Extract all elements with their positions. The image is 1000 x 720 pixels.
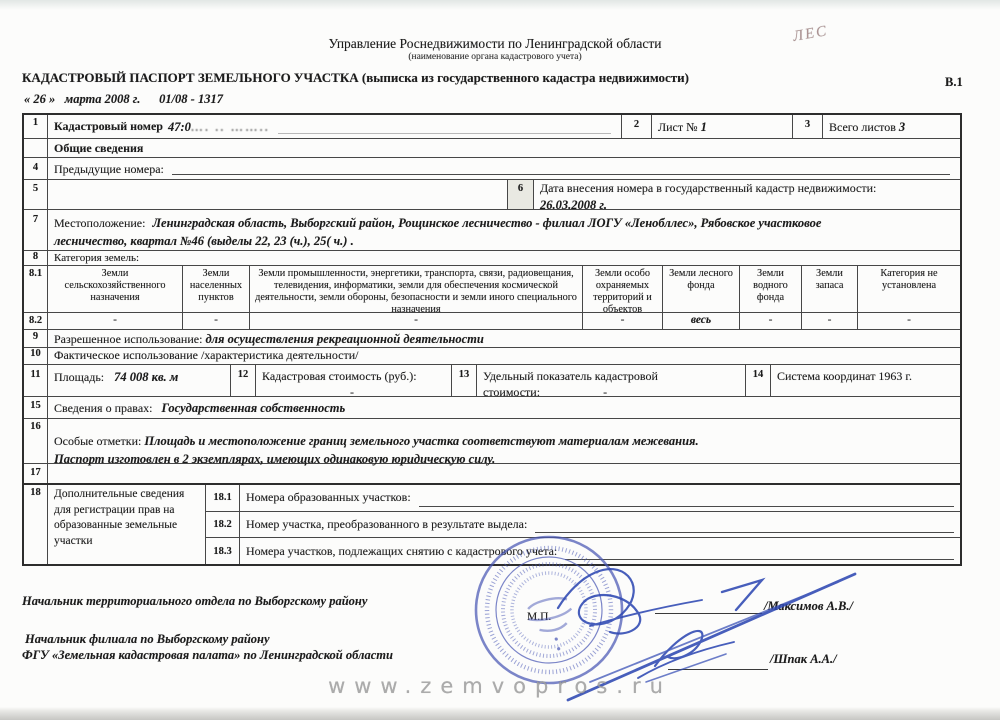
- category-header-water: Земли водного фонда: [740, 266, 802, 312]
- signatory2-title-line2: ФГУ «Земельная кадастровая палата» по Ле…: [22, 648, 393, 663]
- row8-2-number: 8.2: [24, 313, 48, 329]
- sheet-number-cell: Лист № 1: [652, 115, 792, 138]
- additional-info-label: Дополнительные сведения для регистрации …: [48, 485, 206, 564]
- category-value-protected: -: [583, 313, 663, 329]
- row18-number: 18: [24, 485, 48, 564]
- total-sheets-cell: Всего листов 3: [823, 115, 960, 138]
- section-number-empty: [24, 139, 48, 157]
- special-notes-line1: Площадь и местоположение границ земельно…: [144, 434, 698, 448]
- table-row-17: 17: [24, 464, 960, 485]
- category-header-agricultural: Земли сельскохозяйственного назначения: [48, 266, 183, 312]
- row6-number: 6: [507, 180, 534, 209]
- category-value-water: -: [740, 313, 802, 329]
- total-sheets-label: Всего листов: [829, 120, 899, 134]
- total-sheets-value: 3: [899, 120, 905, 134]
- cadastral-value-cell: Кадастровая стоимость (руб.): -: [256, 365, 451, 396]
- table-row-9: 9 Разрешенное использование: для осущест…: [24, 330, 960, 348]
- table-row-8-2: 8.2 - - - - весь - - -: [24, 313, 960, 330]
- cadastral-number-redacted: …. .. ……..: [191, 119, 270, 138]
- scanned-document-page: Управление Роснедвижимости по Ленинградс…: [0, 0, 1000, 720]
- row2-number: 2: [621, 115, 652, 138]
- section-title: Общие сведения: [48, 139, 960, 157]
- row15-number: 15: [24, 397, 48, 418]
- main-table: 1 Кадастровый номер 47:0 …. .. …….. 2 Ли…: [22, 113, 962, 566]
- cadastral-number-value: 47:0: [168, 119, 191, 138]
- category-header-industry: Земли промышленности, энергетики, трансп…: [250, 266, 583, 312]
- row12-number: 12: [230, 365, 256, 396]
- sheet-number-value: 1: [701, 120, 707, 134]
- rights-value: Государственная собственность: [161, 401, 345, 415]
- row18-1-number: 18.1: [206, 485, 240, 511]
- category-header-reserve: Земли запаса: [802, 266, 858, 312]
- category-header-protected: Земли особо охраняемых территорий и объе…: [583, 266, 663, 312]
- table-row-16: 16 Особые отметки: Площадь и местоположе…: [24, 419, 960, 464]
- table-row-10: 10 Фактическое использование /характерис…: [24, 348, 960, 365]
- cadastral-number-cell: Кадастровый номер 47:0 …. .. ……..: [48, 115, 621, 138]
- specific-indicator-label: Удельный показатель кадастровой: [483, 369, 741, 385]
- permitted-use-cell: Разрешенное использование: для осуществл…: [48, 330, 960, 347]
- table-row-7: 7 Местоположение: Ленинградская область,…: [24, 210, 960, 251]
- table-row-8: 8 Категория земель:: [24, 251, 960, 266]
- scan-artifact-top: [0, 0, 1000, 11]
- row18-2-number: 18.2: [206, 512, 240, 538]
- row16-number: 16: [24, 419, 48, 463]
- location-label: Местоположение:: [54, 216, 145, 230]
- formed-parcels-cell: Номера образованных участков:: [240, 485, 960, 511]
- table-row-1: 1 Кадастровый номер 47:0 …. .. …….. 2 Ли…: [24, 115, 960, 139]
- table-row-4: 4 Предыдущие номера:: [24, 158, 960, 180]
- cadastral-number-label: Кадастровый номер: [54, 119, 163, 138]
- area-value: 74 008 кв. м: [114, 370, 178, 384]
- row17-number: 17: [24, 464, 48, 483]
- category-value-agricultural: -: [48, 313, 183, 329]
- rights-cell: Сведения о правах: Государственная собст…: [48, 397, 960, 418]
- subrow-18-1: 18.1 Номера образованных участков:: [206, 485, 960, 512]
- site-watermark: www.zemvopros.ru: [0, 674, 1000, 698]
- location-value-line1: Ленинградская область, Выборгский район,…: [152, 216, 821, 230]
- actual-use-label: Фактическое использование /характеристик…: [48, 348, 960, 364]
- row18-3-number: 18.3: [206, 538, 240, 564]
- formed-parcels-blank-line: [419, 506, 954, 507]
- rights-label: Сведения о правах:: [54, 401, 155, 415]
- row17-empty-cell: [48, 464, 960, 483]
- row7-number: 7: [24, 210, 48, 250]
- signatory1-title: Начальник территориального отдела по Выб…: [22, 594, 367, 609]
- row1-number: 1: [24, 115, 48, 138]
- previous-numbers-cell: Предыдущие номера:: [48, 158, 960, 179]
- category-header-forest: Земли лесного фонда: [663, 266, 740, 312]
- permitted-use-label: Разрешенное использование:: [54, 332, 205, 346]
- category-value-not-set: -: [858, 313, 960, 329]
- category-value-industry: -: [250, 313, 583, 329]
- table-row-15: 15 Сведения о правах: Государственная со…: [24, 397, 960, 419]
- category-value-forest: весь: [663, 313, 740, 329]
- area-cell: Площадь: 74 008 кв. м: [48, 365, 230, 396]
- row8-1-number: 8.1: [24, 266, 48, 312]
- org-caption: (наименование органа кадастрового учета): [0, 52, 990, 62]
- cadastral-number-line: [278, 133, 611, 134]
- category-value-settlements: -: [183, 313, 250, 329]
- signatory2-title-line1: Начальник филиала по Выборгскому району: [25, 632, 270, 647]
- row5-empty-cell: [48, 180, 507, 209]
- category-value-reserve: -: [802, 313, 858, 329]
- table-row-11: 11 Площадь: 74 008 кв. м 12 Кадастровая …: [24, 365, 960, 397]
- location-cell: Местоположение: Ленинградская область, В…: [48, 210, 960, 250]
- document-title: КАДАСТРОВЫЙ ПАСПОРТ ЗЕМЕЛЬНОГО УЧАСТКА (…: [22, 70, 689, 86]
- org-name: Управление Роснедвижимости по Ленинградс…: [0, 36, 990, 52]
- date-line: « 26 » марта 2008 г. 01/08 - 1317: [24, 92, 223, 107]
- permitted-use-value: для осуществления рекреационной деятельн…: [205, 332, 483, 346]
- row11-number: 11: [24, 365, 48, 396]
- row8-number: 8: [24, 251, 48, 265]
- registration-date-label: Дата внесения номера в государственный к…: [540, 181, 956, 197]
- previous-numbers-blank-line: [172, 174, 950, 175]
- table-row-8-1: 8.1 Земли сельскохозяйственного назначен…: [24, 266, 960, 313]
- section-row: Общие сведения: [24, 139, 960, 158]
- row5-number: 5: [24, 180, 48, 209]
- row3-number: 3: [792, 115, 823, 138]
- coordinate-system-label: Система координат 1963 г.: [771, 365, 960, 396]
- row13-number: 13: [451, 365, 477, 396]
- special-notes-cell: Особые отметки: Площадь и местоположение…: [48, 419, 960, 463]
- form-code: В.1: [945, 75, 963, 90]
- row14-number: 14: [745, 365, 771, 396]
- previous-numbers-label: Предыдущие номера:: [54, 162, 164, 179]
- row10-number: 10: [24, 348, 48, 364]
- cadastral-value-label: Кадастровая стоимость (руб.):: [262, 369, 447, 385]
- row9-number: 9: [24, 330, 48, 347]
- area-label: Площадь:: [54, 370, 104, 384]
- specific-indicator-cell: Удельный показатель кадастровой стоимост…: [477, 365, 745, 396]
- registration-date-cell: Дата внесения номера в государственный к…: [534, 180, 960, 209]
- special-notes-label: Особые отметки:: [54, 434, 144, 448]
- scan-artifact-bottom: [0, 707, 1000, 720]
- row4-number: 4: [24, 158, 48, 179]
- sheet-number-label: Лист №: [658, 120, 701, 134]
- land-category-label: Категория земель:: [48, 251, 960, 265]
- table-row-5: 5 6 Дата внесения номера в государственн…: [24, 180, 960, 210]
- category-header-not-set: Категория не установлена: [858, 266, 960, 312]
- location-value-line2: лесничество, квартал №46 (выделы 22, 23 …: [54, 234, 354, 248]
- category-header-settlements: Земли населенных пунктов: [183, 266, 250, 312]
- formed-parcels-label: Номера образованных участков:: [246, 490, 411, 505]
